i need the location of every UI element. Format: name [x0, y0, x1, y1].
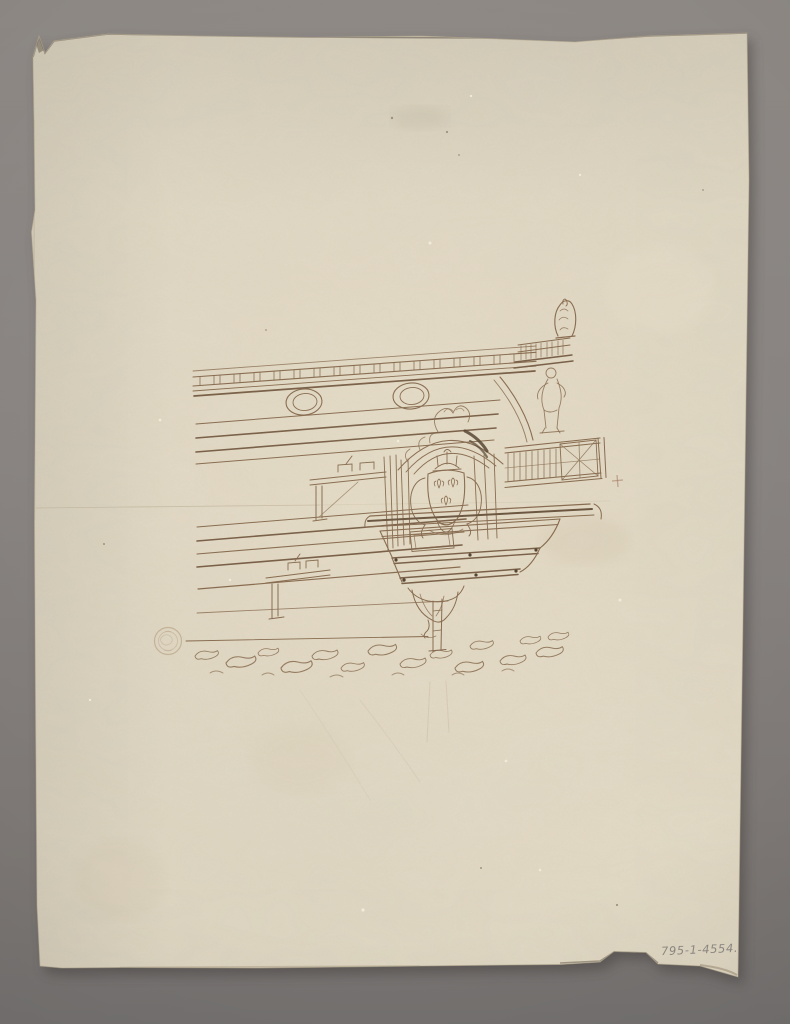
mount-background: [0, 0, 790, 1024]
artwork-photo: 795-1-4554.: [0, 0, 790, 1024]
paper-sheet: [0, 0, 790, 1024]
